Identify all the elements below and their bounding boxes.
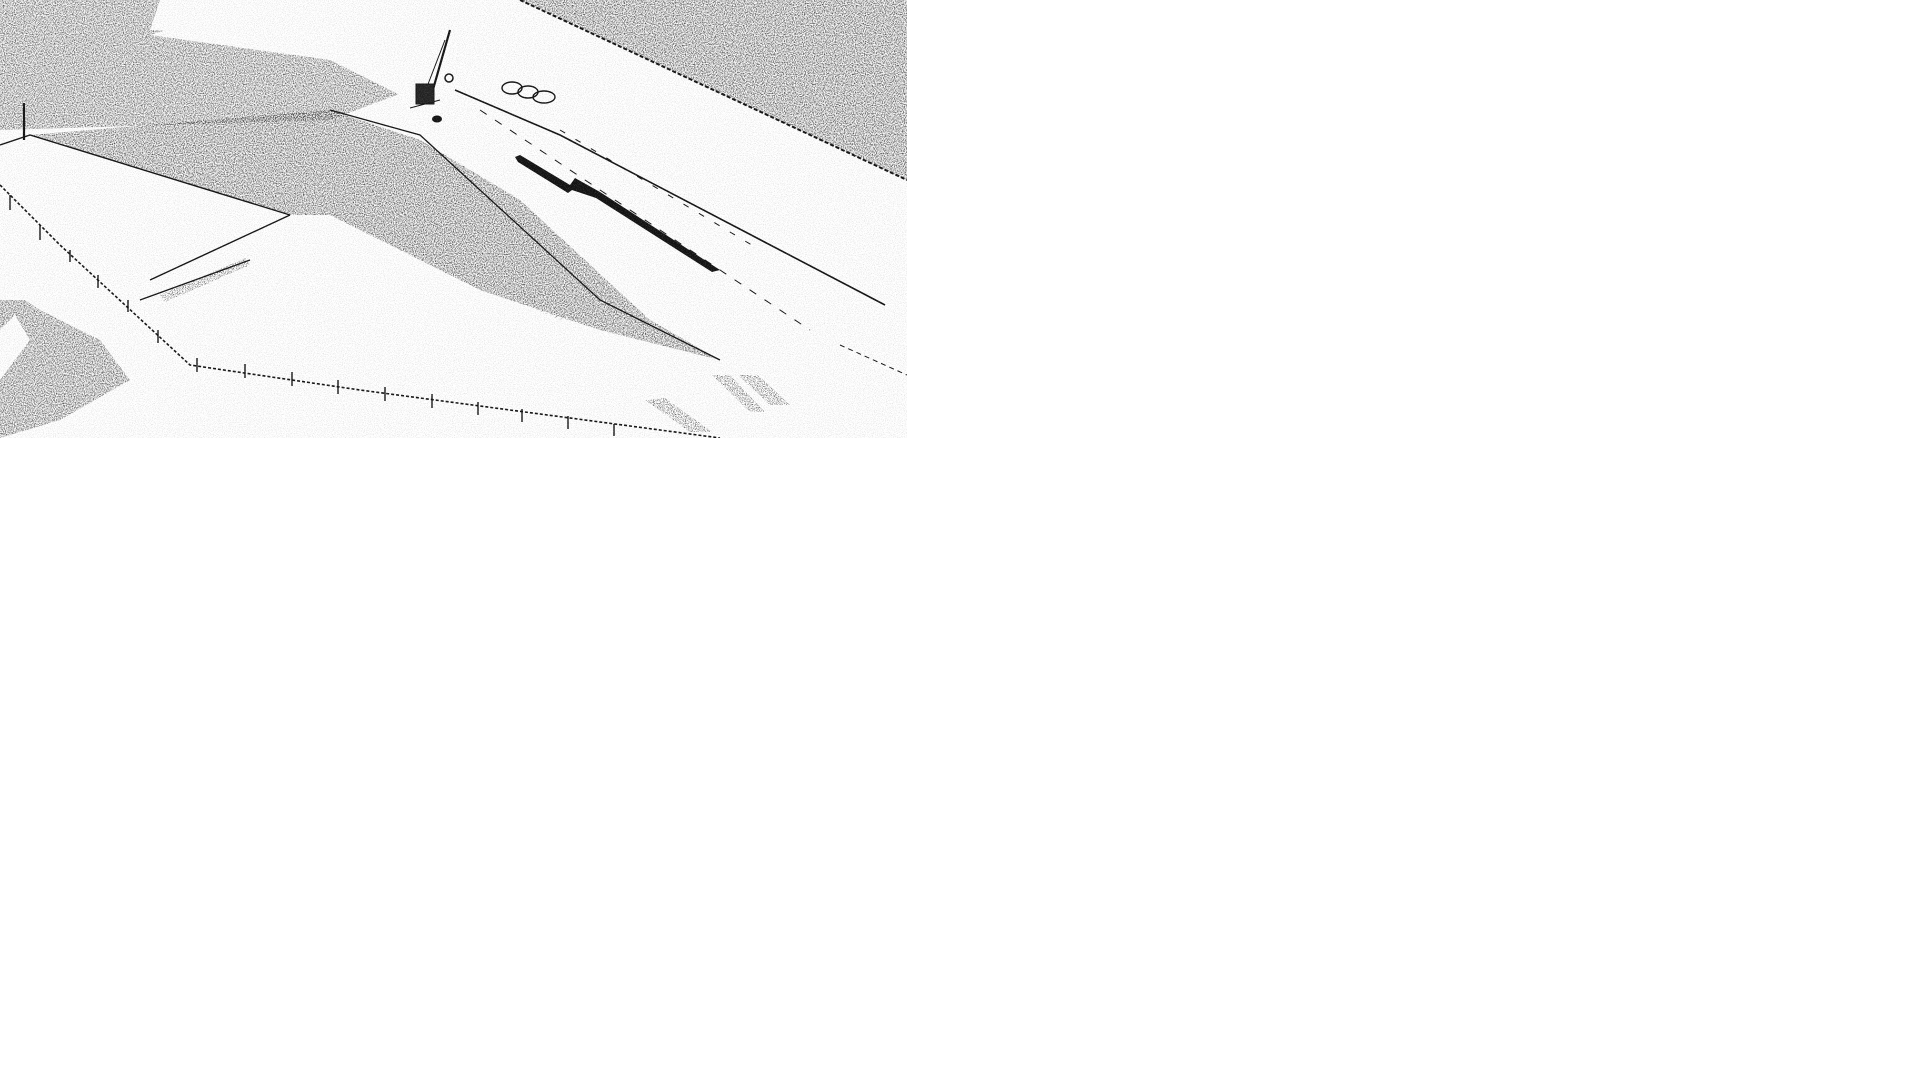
- sketch-image: Aerial pencil sketch of a construction s…: [0, 0, 907, 438]
- sketch-canvas: [0, 0, 907, 438]
- paper-grain: [0, 0, 907, 438]
